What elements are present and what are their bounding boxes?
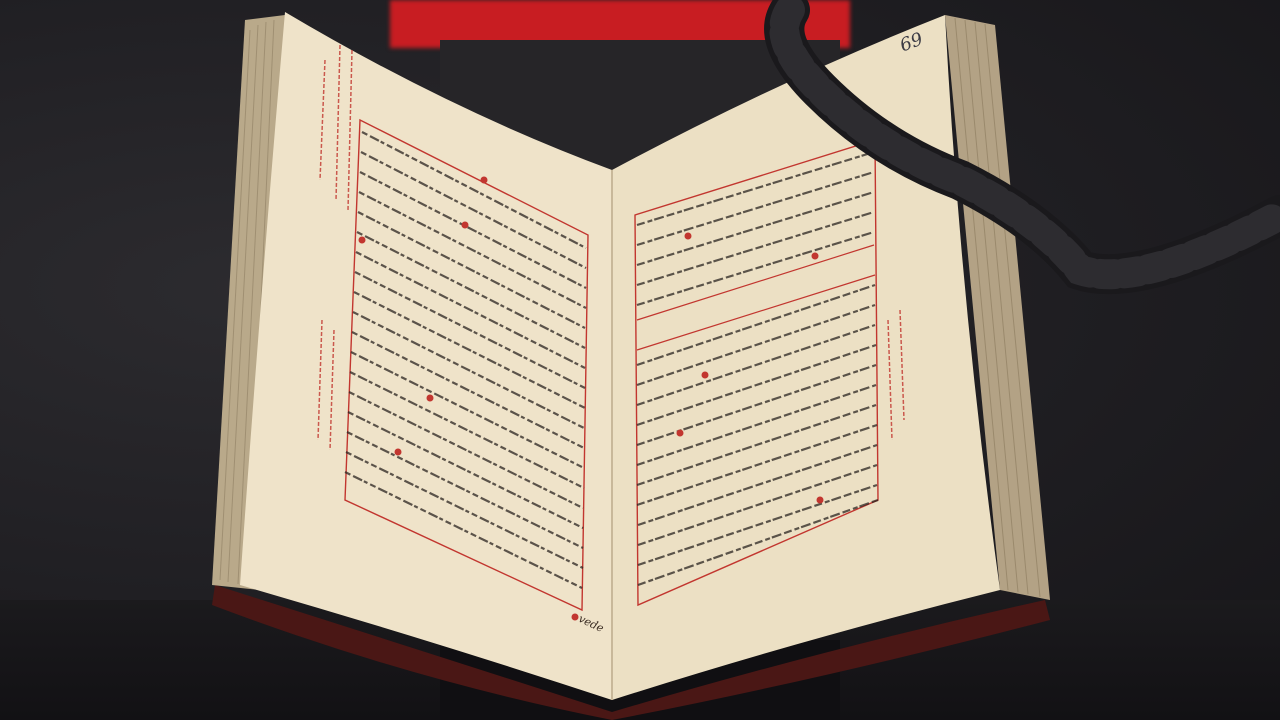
open-book: 69 vede [0, 0, 1280, 720]
book-illustration [0, 0, 1280, 720]
